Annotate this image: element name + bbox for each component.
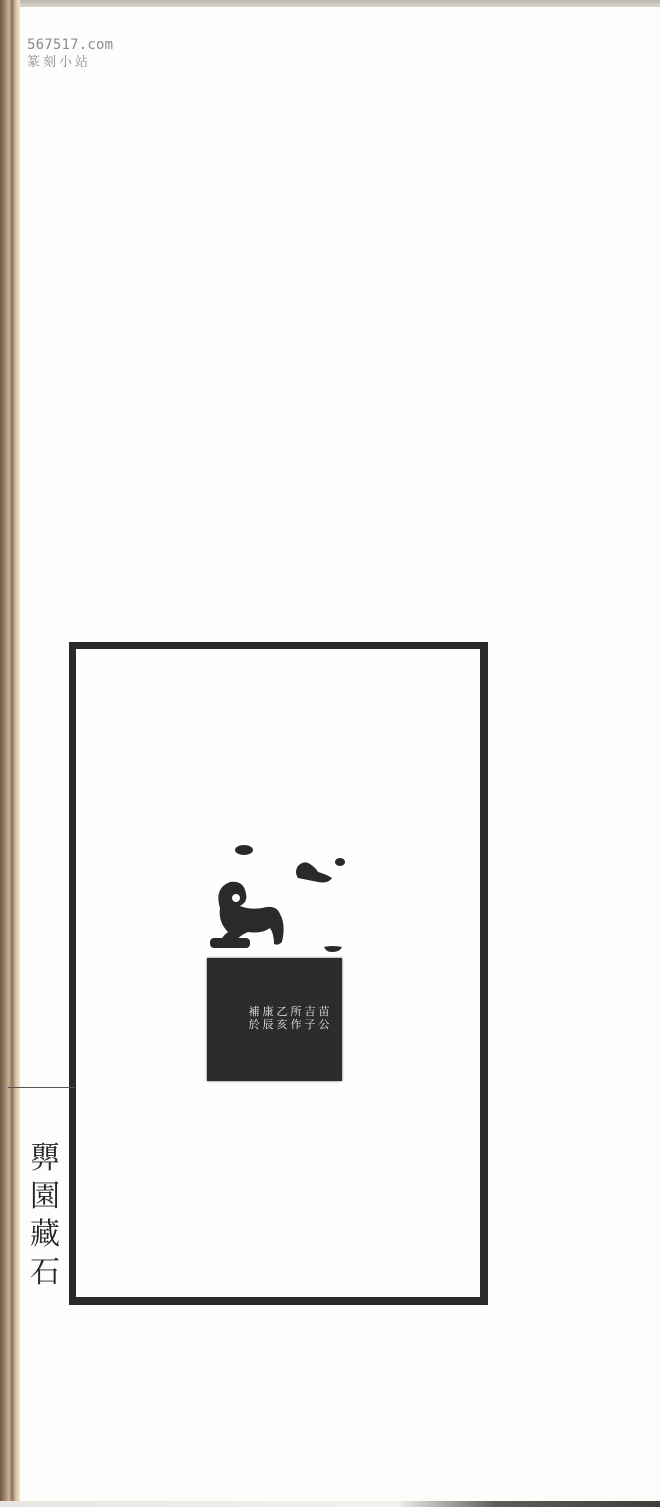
book-bottom-edge [0,1501,660,1507]
inscription-column: 補 於 [248,1005,260,1031]
watermark-site-name: 篆刻小站 [27,54,113,72]
seal-knob-animal-icon [200,810,360,960]
book-top-edge [0,0,660,7]
watermark-url: 567517.com [27,36,113,54]
inscription-column: 吉 子 [304,1005,316,1031]
seal-inscription: 苗 公 吉 子 所 作 乙 亥 康 辰 補 於 [248,1005,330,1031]
inscription-column: 所 作 [290,1005,302,1031]
inscription-column: 苗 公 [318,1005,330,1031]
watermark: 567517.com 篆刻小站 [27,36,113,72]
seal-side-inscription-impression: 苗 公 吉 子 所 作 乙 亥 康 辰 補 於 [207,958,342,1081]
inscription-column: 乙 亥 [276,1005,288,1031]
inscription-column: 康 辰 [262,1005,274,1031]
book-spine-edge [0,0,20,1507]
page-title-vertical: 顨 園 藏 石 [27,1140,63,1292]
margin-rule-line [8,1087,75,1088]
